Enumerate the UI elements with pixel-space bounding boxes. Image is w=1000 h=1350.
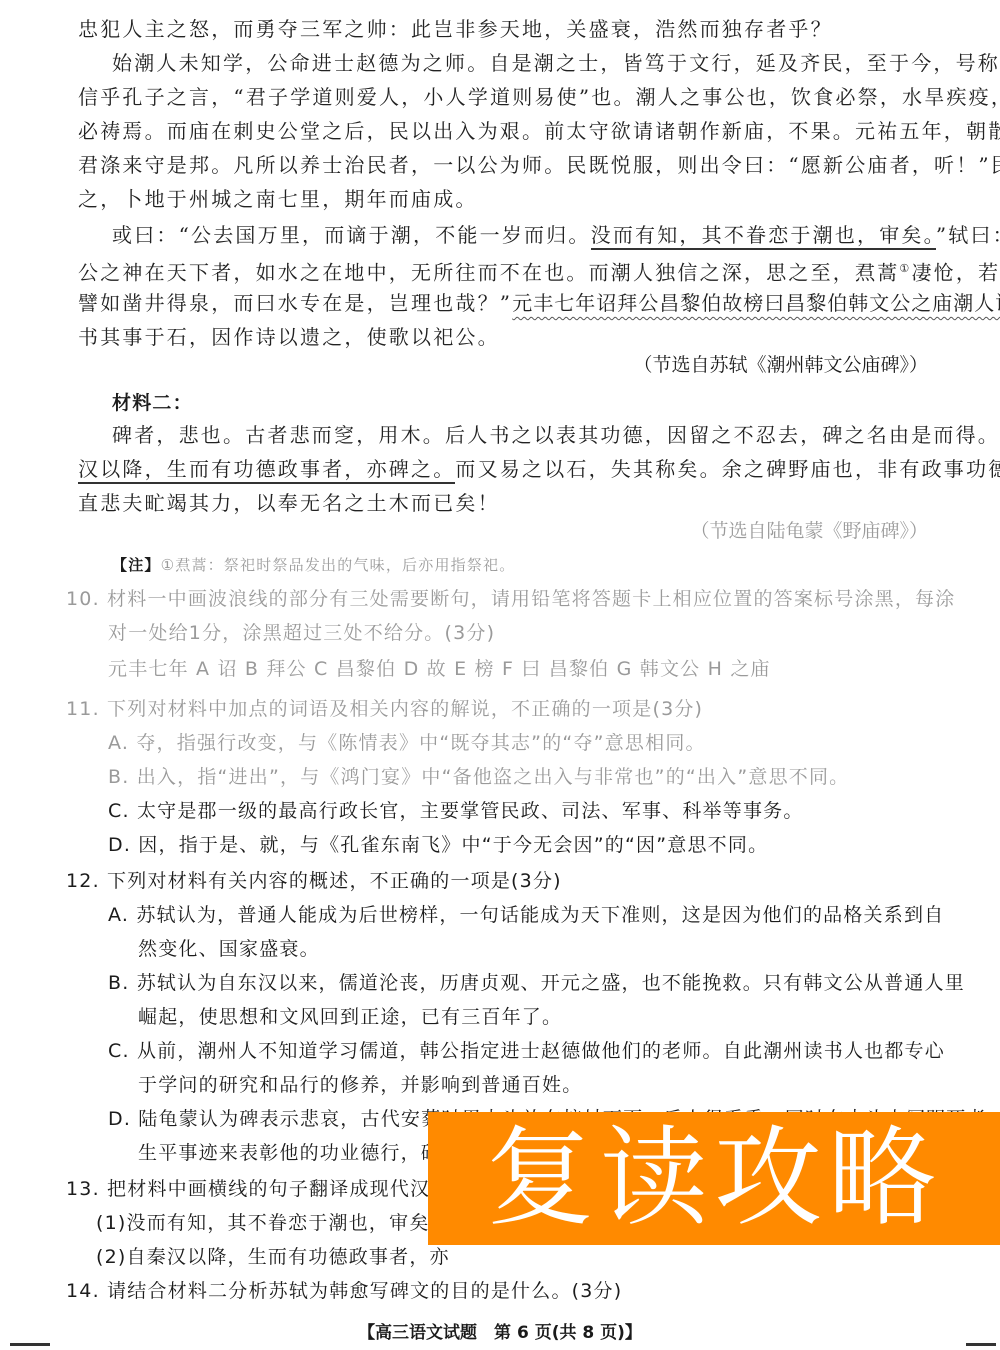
- material-two-line-2: 汉以降，生而有功德政事者，亦碑之。而又易之以石，失其称矣。余之碑野庙也，非有政事…: [78, 454, 1000, 484]
- text-segment: 公之神在天下者，如水之在地中，无所往而不在也。而潮人独信之深，思之至，焄蒿: [78, 261, 899, 285]
- question-13-stem: 13. 把材料中画横线的句子翻译成现代汉: [66, 1174, 430, 1204]
- footnote-marker: ①: [899, 262, 911, 275]
- note-text: ①焄蒿：祭祀时祭品发出的气味，后亦用指祭祀。: [161, 556, 516, 574]
- question-11-option-c: C. 太守是郡一级的最高行政长官，主要掌管民政、司法、军事、科举等事务。: [108, 796, 804, 826]
- material-one-para3-line-2: 公之神在天下者，如水之在地中，无所往而不在也。而潮人独信之深，思之至，焄蒿①凄怆…: [78, 254, 1000, 288]
- underlined-sentence-1: 没而有知，其不眷恋于潮也，审矣。: [591, 223, 936, 250]
- material-one-line-3: 信乎孔子之言，“君子学道则爱人，小人学道则易使”也。潮人之事公也，饮食必祭，水旱…: [78, 82, 1000, 112]
- note-label: 【注】: [112, 556, 161, 574]
- question-13-sentence-1: (1)没而有知，其不眷恋于潮也，审矣。: [96, 1208, 450, 1238]
- question-13-sentence-2: (2)自秦汉以降，生而有功德政事者，亦: [96, 1242, 450, 1272]
- text-segment: 或曰：“公去国万里，而谪于潮，不能一岁而归。: [112, 223, 591, 247]
- question-10-stem-line-2: 对一处给1分，涂黑超过三处不给分。(3分): [108, 618, 495, 648]
- question-12-option-a-line-1: A. 苏轼认为，普通人能成为后世榜样，一句话能成为天下准则，这是因为他们的品格关…: [108, 900, 944, 930]
- wavy-underlined-passage: 元丰七年诏拜公昌黎伯故榜曰昌黎伯韩文公之庙潮人请: [512, 291, 1000, 315]
- material-one-source: （节选自苏轼《潮州韩文公庙碑》）: [633, 350, 928, 380]
- underlined-sentence-2: 汉以降，生而有功德政事者，亦碑之。: [78, 457, 455, 484]
- material-one-line-1: 忠犯人主之怒，而勇夺三军之帅：此岂非参天地，关盛衰，浩然而独存者乎？: [78, 14, 833, 44]
- question-12-option-b-line-2: 崛起，使思想和文风回到正途，已有三百年了。: [138, 1002, 562, 1032]
- question-11-option-a: A. 夺，指强行改变，与《陈情表》中“既夺其志”的“夺”意思相同。: [108, 728, 706, 758]
- material-two-heading: 材料二：: [112, 388, 193, 418]
- question-11-option-b: B. 出入，指“进出”，与《鸿门宴》中“备他盗之出入与非常也”的“出入”意思不同…: [108, 762, 849, 792]
- material-one-line-6: 之，卜地于州城之南七里，期年而庙成。: [78, 184, 478, 214]
- question-14-stem: 14. 请结合材料二分析苏轼为韩愈写碑文的目的是什么。(3分): [66, 1276, 622, 1306]
- text-segment: 而又易之以石，失其称矣。余之碑野庙也，非有政事功德可纪，: [455, 457, 1000, 481]
- question-12-option-c-line-1: C. 从前，潮州人不知道学习儒道，韩公指定进士赵德做他们的老师。自此潮州读书人也…: [108, 1036, 945, 1066]
- material-one-line-2: 始潮人未知学，公命进士赵德为之师。自是潮之士，皆笃于文行，延及齐民，至于今，号称…: [112, 48, 1000, 78]
- material-two-line-3: 直悲夫甿竭其力，以奉无名之土木而已矣！: [78, 488, 500, 518]
- question-11-option-d: D. 因，指于是、就，与《孔雀东南飞》中“于今无会因”的“因”意思不同。: [108, 830, 768, 860]
- material-two-line-1: 碑者，悲也。古者悲而窆，用木。后人书之以表其功德，因留之不忍去，碑之名由是而得。…: [112, 420, 1000, 450]
- text-segment: 碑者，悲也。古者悲而窆，用木。后人书之以表其功德，因留之不忍去，碑之名由是而得。: [112, 423, 1000, 447]
- scan-edge-mark-left: [10, 1343, 50, 1346]
- question-12-option-d-line-2: 生平事迹来表彰他的功业德行，碑: [138, 1138, 441, 1168]
- watermark-banner: 复读攻略: [428, 1112, 1000, 1245]
- material-one-para3-line-1: 或曰：“公去国万里，而谪于潮，不能一岁而归。没而有知，其不眷恋于潮也，审矣。”轼…: [112, 220, 1000, 250]
- page-footer: 【高三语文试题 第 6 页(共 8 页)】: [0, 1318, 1000, 1343]
- material-one-para3-line-4: 书其事于石，因作诗以遗之，使歌以祀公。: [78, 322, 500, 352]
- scan-edge-mark-right: [966, 1343, 996, 1346]
- text-segment: 凄怆，若或见之。: [911, 261, 1000, 285]
- footnote: 【注】①焄蒿：祭祀时祭品发出的气味，后亦用指祭祀。: [112, 550, 515, 580]
- question-12-option-b-line-1: B. 苏轼认为自东汉以来，儒道沦丧，历唐贞观、开元之盛，也不能挽救。只有韩文公从…: [108, 968, 965, 998]
- question-10-stem-line-1: 10. 材料一中画波浪线的部分有三处需要断句，请用铅笔将答题卡上相应位置的答案标…: [66, 584, 955, 614]
- text-segment: 譬如凿井得泉，而曰水专在是，岂理也哉？”: [78, 291, 512, 315]
- question-12-stem: 12. 下列对材料有关内容的概述，不正确的一项是(3分): [66, 866, 562, 896]
- question-11-stem: 11. 下列对材料中加点的词语及相关内容的解说，不正确的一项是(3分): [66, 694, 703, 724]
- material-two-source: （节选自陆龟蒙《野庙碑》）: [690, 516, 928, 546]
- question-12-option-c-line-2: 于学问的研究和品行的修养，并影响到普通百姓。: [138, 1070, 582, 1100]
- question-12-option-a-line-2: 然变化、国家盛衰。: [138, 934, 320, 964]
- question-10-sentence: 元丰七年 A 诏 B 拜公 C 昌黎伯 D 故 E 榜 F 曰 昌黎伯 G 韩文…: [108, 654, 771, 684]
- watermark-text: 复读攻略: [486, 1125, 942, 1233]
- material-one-para3-line-3: 譬如凿井得泉，而曰水专在是，岂理也哉？”元丰七年诏拜公昌黎伯故榜曰昌黎伯韩文公之…: [78, 288, 1000, 318]
- material-one-line-4: 必祷焉。而庙在刺史公堂之后，民以出入为艰。前太守欲请诸朝作新庙，不果。元祐五年，…: [78, 116, 1000, 146]
- material-one-line-5: 君涤来守是邦。凡所以养士治民者，一以公为师。民既悦服，则出令曰：“愿新公庙者，听…: [78, 150, 1000, 180]
- text-segment: ”轼曰：“不然！: [936, 223, 1000, 247]
- exam-page: 忠犯人主之怒，而勇夺三军之帅：此岂非参天地，关盛衰，浩然而独存者乎？ 始潮人未知…: [0, 0, 1000, 1350]
